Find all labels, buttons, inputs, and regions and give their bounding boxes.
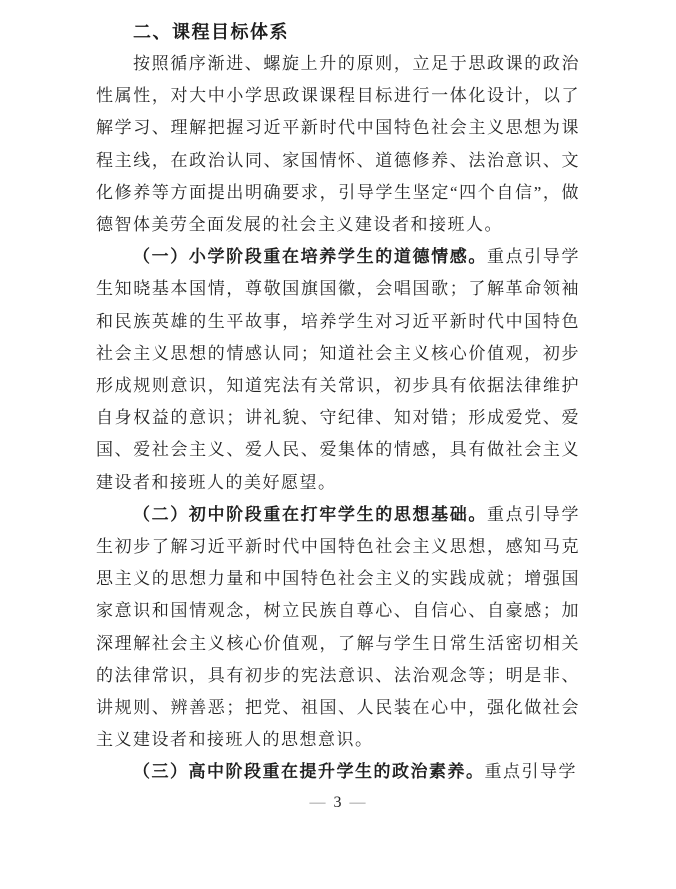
paragraph-lead: （一）小学阶段重在培养学生的道德情感。	[133, 247, 487, 266]
paragraph-lead: （二）初中阶段重在打牢学生的思想基础。	[133, 505, 487, 524]
paragraph-high-school: （三）高中阶段重在提升学生的政治素养。重点引导学	[96, 756, 580, 788]
document-content: 二、课程目标体系 按照循序渐进、螺旋上升的原则，立足于思政课的政治性属性，对大中…	[96, 16, 580, 789]
paragraph-text: 重点引导学生知晓基本国情，尊敬国旗国徽，会唱国歌；了解革命领袖和民族英雄的生平故…	[96, 247, 580, 491]
section-heading: 二、课程目标体系	[96, 16, 580, 48]
paragraph-text: 重点引导学生初步了解习近平新时代中国特色社会主义思想，感知马克思主义的思想力量和…	[96, 505, 580, 749]
paragraph-primary-school: （一）小学阶段重在培养学生的道德情感。重点引导学生知晓基本国情，尊敬国旗国徽，会…	[96, 241, 580, 499]
paragraph-text: 按照循序渐进、螺旋上升的原则，立足于思政课的政治性属性，对大中小学思政课课程目标…	[96, 54, 580, 234]
page-number-dash-right: —	[343, 794, 374, 811]
document-page: 二、课程目标体系 按照循序渐进、螺旋上升的原则，立足于思政课的政治性属性，对大中…	[0, 0, 676, 889]
page-number: 3	[334, 794, 343, 811]
page-footer: —3—	[0, 794, 676, 812]
page-number-dash-left: —	[303, 794, 334, 811]
paragraph-intro: 按照循序渐进、螺旋上升的原则，立足于思政课的政治性属性，对大中小学思政课课程目标…	[96, 48, 580, 241]
paragraph-text: 重点引导学	[485, 762, 578, 781]
paragraph-middle-school: （二）初中阶段重在打牢学生的思想基础。重点引导学生初步了解习近平新时代中国特色社…	[96, 499, 580, 757]
paragraph-lead: （三）高中阶段重在提升学生的政治素养。	[133, 762, 485, 781]
